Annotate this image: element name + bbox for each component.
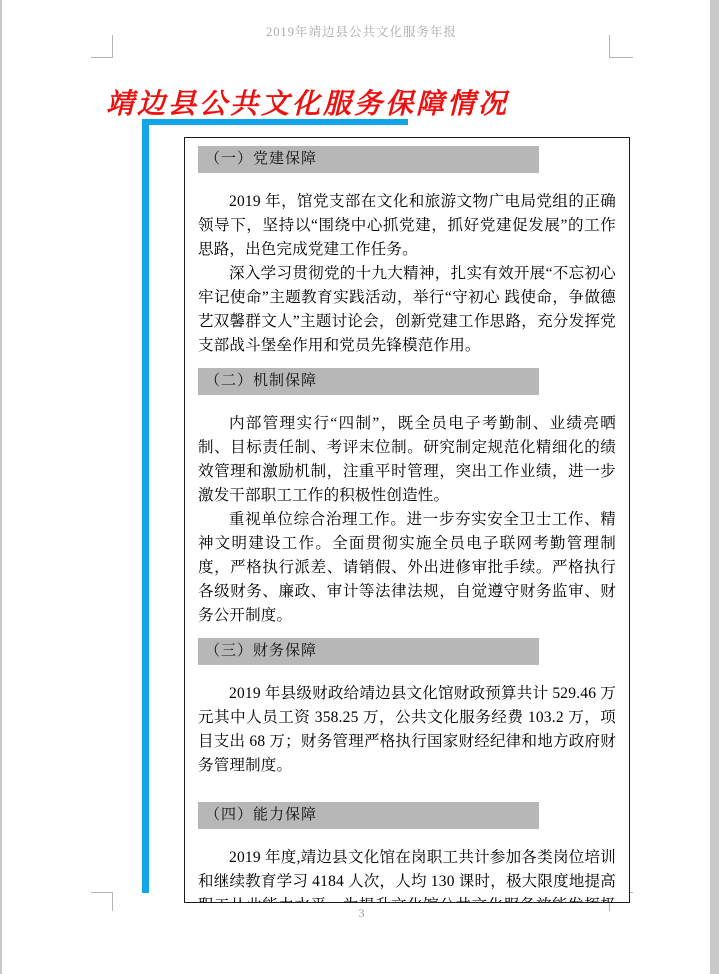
- content-frame: （一）党建保障 2019 年，馆党支部在文化和旅游文物广电局党组的正确领导下，坚…: [184, 137, 630, 903]
- section-heading-mechanism: （二）机制保障: [198, 368, 539, 395]
- paragraph-finance-1: 2019 年县级财政给靖边县文化馆财政预算共计 529.46 万元其中人员工资 …: [198, 682, 616, 778]
- accent-line-vertical: [142, 119, 149, 893]
- text-boundary-mark-top-left: [91, 35, 113, 58]
- paragraph-capability-1: 2019 年度,靖边县文化馆在岗职工共计参加各类岗位培训和继续教育学习 4184…: [198, 846, 616, 903]
- section-heading-capability: （四）能力保障: [198, 802, 539, 829]
- section-heading-finance: （三）财务保障: [198, 638, 539, 665]
- section-heading-party-building: （一）党建保障: [198, 146, 539, 173]
- document-canvas: { "page": { "header": "2019年靖边县公共文化服务年报"…: [0, 0, 719, 974]
- paragraph-party-2: 深入学习贯彻党的十九大精神，扎实有效开展“不忘初心 牢记使命”主题教育实践活动，…: [198, 262, 616, 358]
- paragraph-mechanism-2: 重视单位综合治理工作。进一步夯实安全卫士工作、精神文明建设工作。全面贯彻实施全员…: [198, 508, 616, 628]
- accent-line-horizontal: [142, 119, 408, 125]
- paragraph-party-1: 2019 年，馆党支部在文化和旅游文物广电局党组的正确领导下，坚持以“围绕中心抓…: [198, 190, 616, 262]
- document-page: 2019年靖边县公共文化服务年报 靖边县公共文化服务保障情况 （一）党建保障 2…: [2, 0, 710, 974]
- paragraph-mechanism-1: 内部管理实行“四制”，既全员电子考勤制、业绩亮晒制、目标责任制、考评末位制。研究…: [198, 412, 616, 508]
- text-boundary-mark-top-right: [609, 35, 633, 58]
- page-number: 3: [2, 906, 719, 921]
- document-title: 靖边县公共文化服务保障情况: [106, 82, 509, 122]
